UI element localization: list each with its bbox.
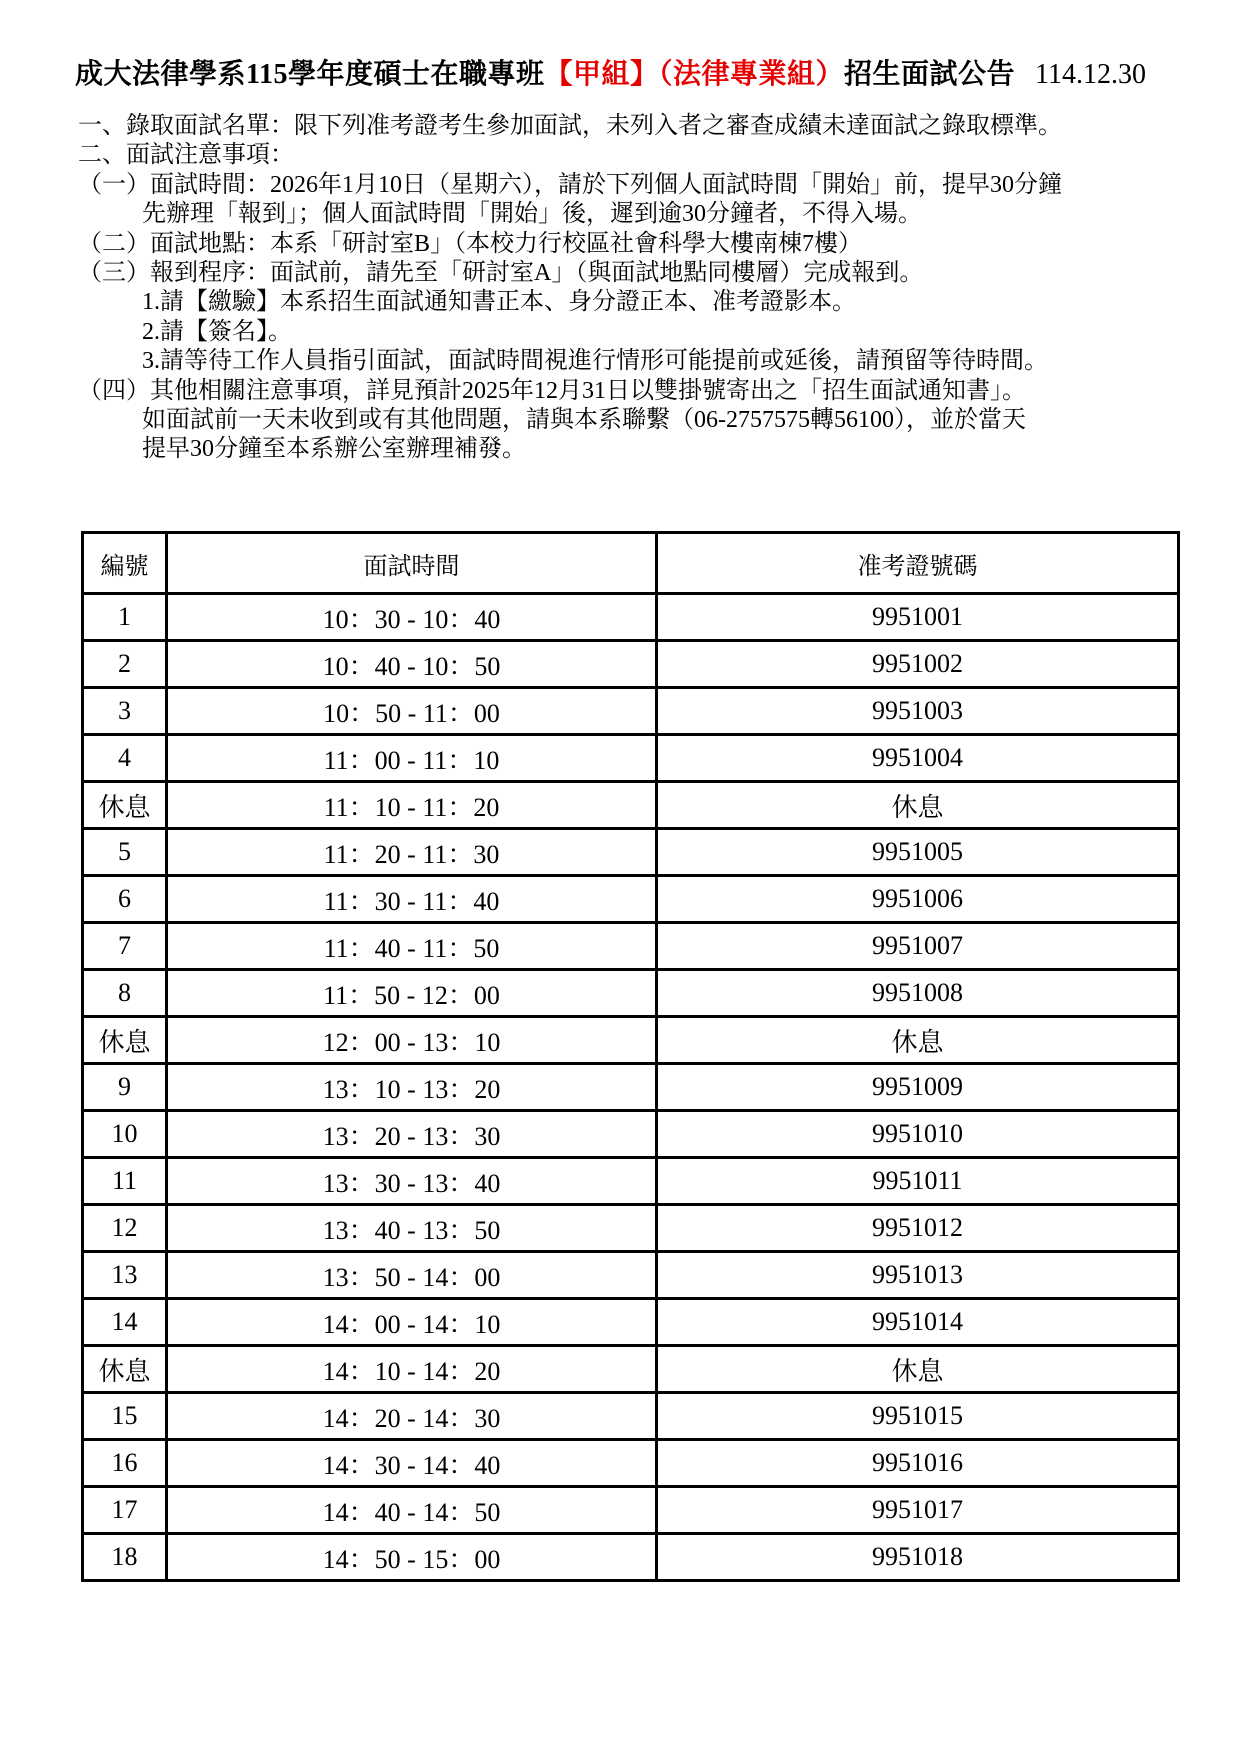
interview-time-cell: 13：50 - 14：00 — [167, 1252, 657, 1299]
row-number-cell: 11 — [83, 1158, 167, 1205]
ticket-number-cell: 9951008 — [657, 970, 1179, 1017]
ticket-number-cell: 9951013 — [657, 1252, 1179, 1299]
ticket-number-cell: 9951012 — [657, 1205, 1179, 1252]
ticket-number-cell: 9951009 — [657, 1064, 1179, 1111]
table-row: 210：40 - 10：509951002 — [83, 641, 1179, 688]
interview-time-cell: 11：00 - 11：10 — [167, 735, 657, 782]
interview-time-cell: 11：50 - 12：00 — [167, 970, 657, 1017]
notice-line: （一）面試時間：2026年1月10日（星期六），請於下列個人面試時間「開始」前，… — [78, 171, 1188, 200]
row-number-cell: 10 — [83, 1111, 167, 1158]
row-number-cell: 12 — [83, 1205, 167, 1252]
notice-line: 提早30分鐘至本系辦公室辦理補發。 — [78, 435, 1188, 464]
notice-line: （二）面試地點：本系「研討室B」（本校力行校區社會科學大樓南棟7樓） — [78, 230, 1188, 259]
ticket-number-cell: 休息 — [657, 782, 1179, 829]
ticket-number-cell: 9951010 — [657, 1111, 1179, 1158]
col-header-ticket-number: 准考證號碼 — [657, 533, 1179, 594]
interview-time-cell: 14：30 - 14：40 — [167, 1440, 657, 1487]
col-header-interview-time: 面試時間 — [167, 533, 657, 594]
row-number-cell: 2 — [83, 641, 167, 688]
row-number-cell: 休息 — [83, 782, 167, 829]
row-number-cell: 13 — [83, 1252, 167, 1299]
notice-line: （三）報到程序：面試前，請先至「研討室A」（與面試地點同樓層）完成報到。 — [78, 259, 1188, 288]
table-row: 811：50 - 12：009951008 — [83, 970, 1179, 1017]
notice-line: 如面試前一天未收到或有其他問題，請與本系聯繫（06-2757575轉56100）… — [78, 406, 1188, 435]
row-number-cell: 1 — [83, 594, 167, 641]
table-row: 611：30 - 11：409951006 — [83, 876, 1179, 923]
break-row: 休息12：00 - 13：10休息 — [83, 1017, 1179, 1064]
ticket-number-cell: 9951017 — [657, 1487, 1179, 1534]
ticket-number-cell: 9951011 — [657, 1158, 1179, 1205]
ticket-number-cell: 9951016 — [657, 1440, 1179, 1487]
ticket-number-cell: 9951002 — [657, 641, 1179, 688]
table-row: 1113：30 - 13：409951011 — [83, 1158, 1179, 1205]
table-row: 1714：40 - 14：509951017 — [83, 1487, 1179, 1534]
notice-line: 3.請等待工作人員指引面試，面試時間視進行情形可能提前或延後，請預留等待時間。 — [78, 347, 1188, 376]
break-row: 休息14：10 - 14：20休息 — [83, 1346, 1179, 1393]
interview-time-cell: 14：00 - 14：10 — [167, 1299, 657, 1346]
ticket-number-cell: 9951001 — [657, 594, 1179, 641]
table-row: 913：10 - 13：209951009 — [83, 1064, 1179, 1111]
title-text-tail: 招生面試公告 — [844, 59, 1015, 90]
table-row: 711：40 - 11：509951007 — [83, 923, 1179, 970]
row-number-cell: 休息 — [83, 1017, 167, 1064]
row-number-cell: 16 — [83, 1440, 167, 1487]
notice-line: 先辦理「報到」；個人面試時間「開始」後，遲到逾30分鐘者，不得入場。 — [78, 200, 1188, 229]
row-number-cell: 7 — [83, 923, 167, 970]
interview-time-cell: 14：50 - 15：00 — [167, 1534, 657, 1581]
title-text-lead: 成大法律學系115學年度碩士在職專班 — [75, 59, 544, 90]
notice-section: 一、錄取面試名單：限下列准考證考生參加面試，未列入者之審查成績未達面試之錄取標準… — [78, 112, 1188, 465]
row-number-cell: 6 — [83, 876, 167, 923]
ticket-number-cell: 9951003 — [657, 688, 1179, 735]
notice-line: 二、面試注意事項： — [78, 141, 1188, 170]
interview-time-cell: 11：40 - 11：50 — [167, 923, 657, 970]
notice-line: 一、錄取面試名單：限下列准考證考生參加面試，未列入者之審查成績未達面試之錄取標準… — [78, 112, 1188, 141]
row-number-cell: 9 — [83, 1064, 167, 1111]
table-row: 1614：30 - 14：409951016 — [83, 1440, 1179, 1487]
interview-time-cell: 11：20 - 11：30 — [167, 829, 657, 876]
row-number-cell: 5 — [83, 829, 167, 876]
interview-time-cell: 13：30 - 13：40 — [167, 1158, 657, 1205]
ticket-number-cell: 9951004 — [657, 735, 1179, 782]
interview-time-cell: 10：40 - 10：50 — [167, 641, 657, 688]
interview-schedule-table: 編號 面試時間 准考證號碼 110：30 - 10：409951001210：4… — [81, 531, 1180, 1582]
table-row: 411：00 - 11：109951004 — [83, 735, 1179, 782]
row-number-cell: 休息 — [83, 1346, 167, 1393]
table-header-row: 編號 面試時間 准考證號碼 — [83, 533, 1179, 594]
table-row: 310：50 - 11：009951003 — [83, 688, 1179, 735]
ticket-number-cell: 休息 — [657, 1017, 1179, 1064]
interview-time-cell: 13：20 - 13：30 — [167, 1111, 657, 1158]
table-row: 110：30 - 10：409951001 — [83, 594, 1179, 641]
notice-line: 2.請【簽名】。 — [78, 318, 1188, 347]
document-page: 成大法律學系115學年度碩士在職專班【甲組】（法律專業組）招生面試公告114.1… — [0, 0, 1240, 1755]
ticket-number-cell: 9951014 — [657, 1299, 1179, 1346]
row-number-cell: 18 — [83, 1534, 167, 1581]
interview-time-cell: 12：00 - 13：10 — [167, 1017, 657, 1064]
ticket-number-cell: 9951006 — [657, 876, 1179, 923]
row-number-cell: 8 — [83, 970, 167, 1017]
table-row: 1814：50 - 15：009951018 — [83, 1534, 1179, 1581]
table-row: 1514：20 - 14：309951015 — [83, 1393, 1179, 1440]
table-row: 1313：50 - 14：009951013 — [83, 1252, 1179, 1299]
table-row: 1414：00 - 14：109951014 — [83, 1299, 1179, 1346]
interview-time-cell: 10：30 - 10：40 — [167, 594, 657, 641]
notice-line: 1.請【繳驗】本系招生面試通知書正本、身分證正本、准考證影本。 — [78, 288, 1188, 317]
ticket-number-cell: 9951007 — [657, 923, 1179, 970]
title-date: 114.12.30 — [1035, 59, 1146, 90]
table-row: 1013：20 - 13：309951010 — [83, 1111, 1179, 1158]
notice-line: （四）其他相關注意事項，詳見預計2025年12月31日以雙掛號寄出之「招生面試通… — [78, 377, 1188, 406]
row-number-cell: 15 — [83, 1393, 167, 1440]
interview-time-cell: 13：40 - 13：50 — [167, 1205, 657, 1252]
ticket-number-cell: 9951015 — [657, 1393, 1179, 1440]
interview-time-cell: 11：30 - 11：40 — [167, 876, 657, 923]
page-title: 成大法律學系115學年度碩士在職專班【甲組】（法律專業組）招生面試公告114.1… — [75, 52, 1146, 92]
ticket-number-cell: 9951018 — [657, 1534, 1179, 1581]
interview-time-cell: 14：10 - 14：20 — [167, 1346, 657, 1393]
title-group-highlight: 【甲組】（法律專業組） — [544, 59, 844, 90]
interview-time-cell: 14：40 - 14：50 — [167, 1487, 657, 1534]
ticket-number-cell: 9951005 — [657, 829, 1179, 876]
break-row: 休息11：10 - 11：20休息 — [83, 782, 1179, 829]
col-header-number: 編號 — [83, 533, 167, 594]
interview-time-cell: 10：50 - 11：00 — [167, 688, 657, 735]
table-row: 1213：40 - 13：509951012 — [83, 1205, 1179, 1252]
row-number-cell: 3 — [83, 688, 167, 735]
table-row: 511：20 - 11：309951005 — [83, 829, 1179, 876]
row-number-cell: 17 — [83, 1487, 167, 1534]
row-number-cell: 14 — [83, 1299, 167, 1346]
interview-time-cell: 13：10 - 13：20 — [167, 1064, 657, 1111]
interview-time-cell: 11：10 - 11：20 — [167, 782, 657, 829]
interview-time-cell: 14：20 - 14：30 — [167, 1393, 657, 1440]
row-number-cell: 4 — [83, 735, 167, 782]
ticket-number-cell: 休息 — [657, 1346, 1179, 1393]
